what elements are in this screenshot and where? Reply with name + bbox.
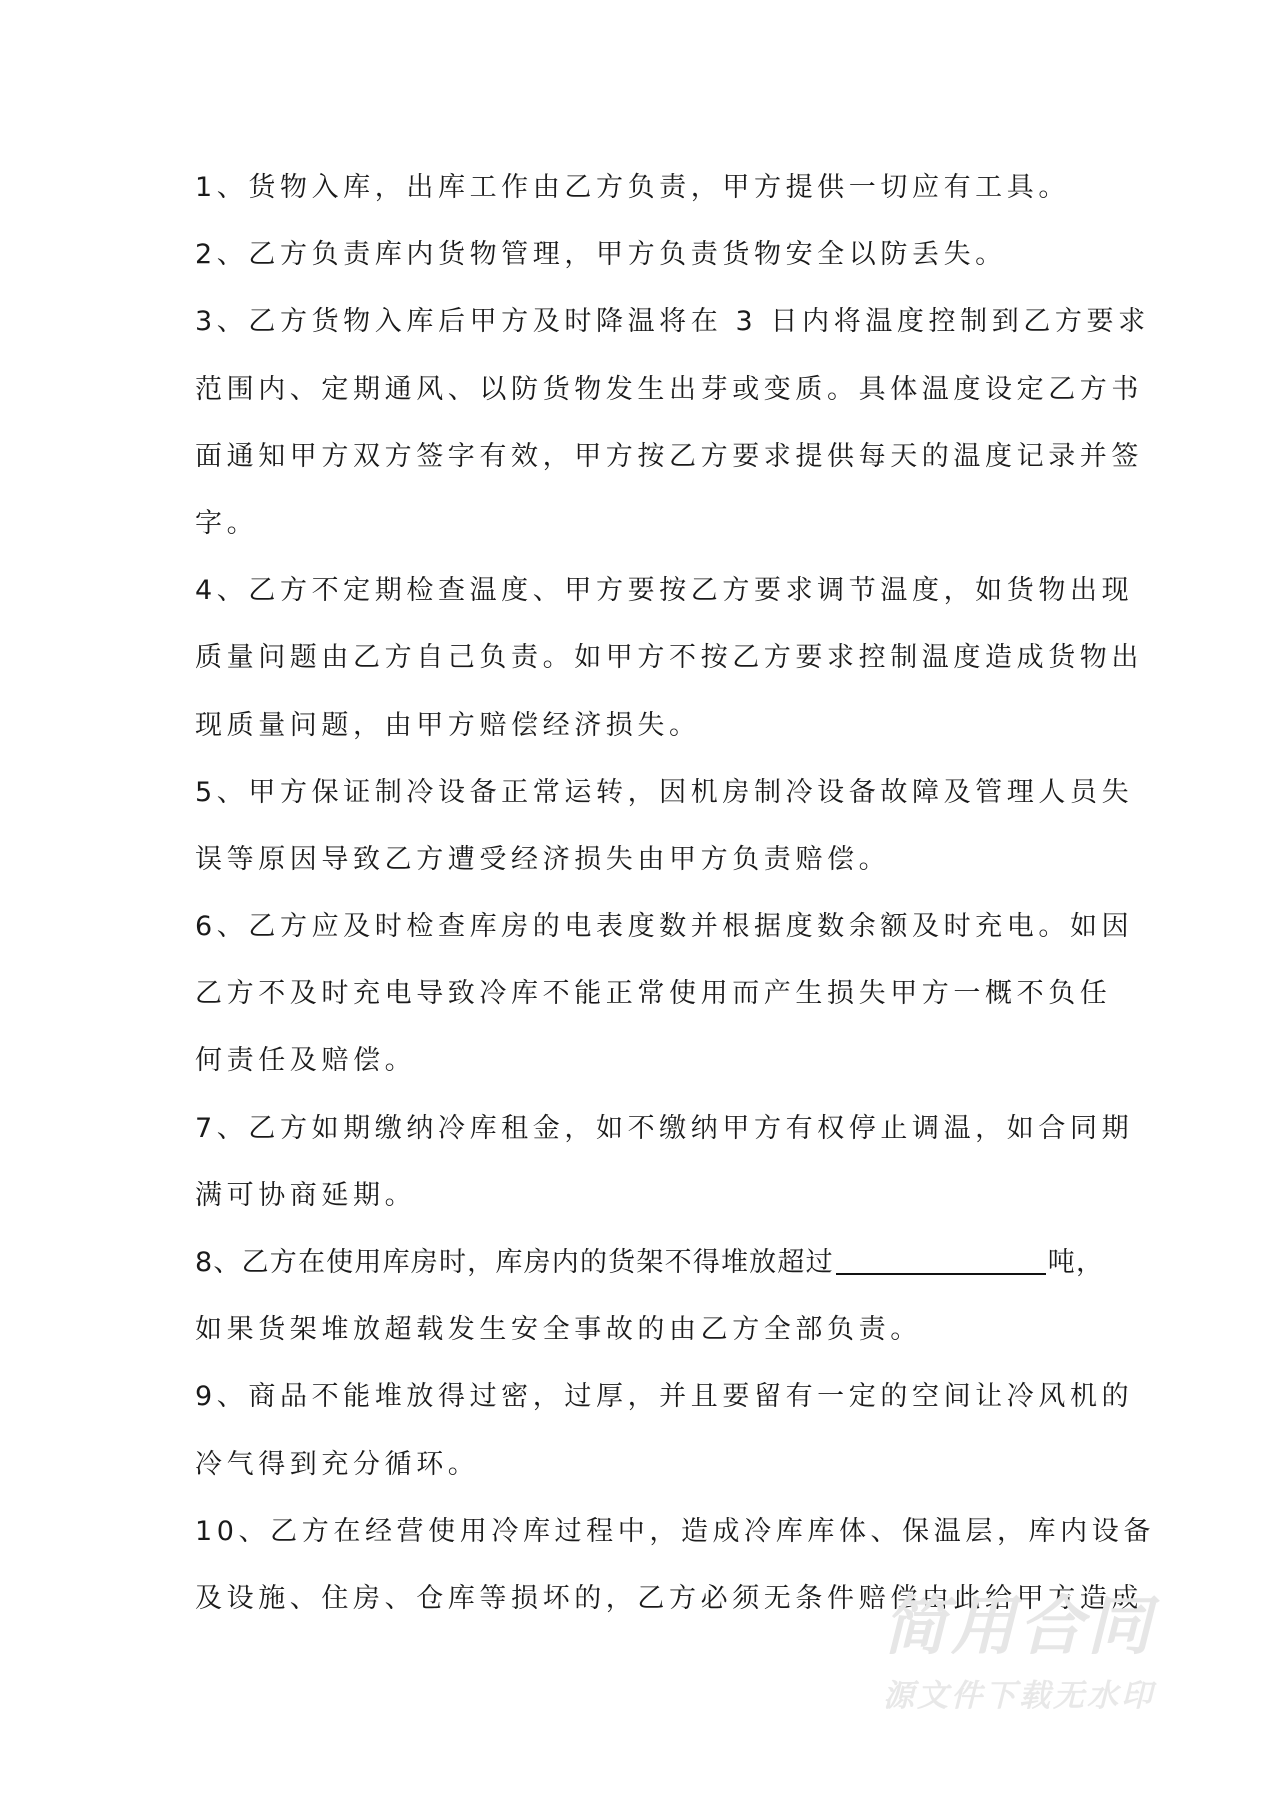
- text-line: 10、乙方在经营使用冷库过程中，造成冷库库体、保温层，库内设备: [195, 1511, 1095, 1578]
- text-line: 质量问题由乙方自己负责。如甲方不按乙方要求控制温度造成货物出: [195, 637, 1095, 704]
- text-line: 面通知甲方双方签字有效，甲方按乙方要求提供每天的温度记录并签: [195, 436, 1095, 503]
- tonnage-blank-field[interactable]: [836, 1245, 1046, 1275]
- text-line: 范围内、定期通风、以防货物发生出芽或变质。具体温度设定乙方书: [195, 369, 1095, 436]
- text-line: 误等原因导致乙方遭受经济损失由甲方负责赔偿。: [195, 839, 1095, 906]
- text-line: 2、乙方负责库内货物管理，甲方负责货物安全以防丢失。: [195, 234, 1095, 301]
- text-line: 1、货物入库，出库工作由乙方负责，甲方提供一切应有工具。: [195, 167, 1095, 234]
- text-line: 6、乙方应及时检查库房的电表度数并根据度数余额及时充电。如因: [195, 906, 1095, 973]
- contract-body: 1、货物入库，出库工作由乙方负责，甲方提供一切应有工具。 2、乙方负责库内货物管…: [195, 167, 1095, 1645]
- clause-8-line: 8、乙方在使用库房时，库房内的货架不得堆放超过吨，: [195, 1242, 1095, 1309]
- text-line: 3、乙方货物入库后甲方及时降温将在 3 日内将温度控制到乙方要求: [195, 301, 1095, 368]
- document-page: 1、货物入库，出库工作由乙方负责，甲方提供一切应有工具。 2、乙方负责库内货物管…: [0, 0, 1280, 1810]
- text-line: 现质量问题，由甲方赔偿经济损失。: [195, 705, 1095, 772]
- text-line: 冷气得到充分循环。: [195, 1444, 1095, 1511]
- text-line: 何责任及赔偿。: [195, 1040, 1095, 1107]
- text-line: 4、乙方不定期检查温度、甲方要按乙方要求调节温度，如货物出现: [195, 570, 1095, 637]
- clause-8-unit: 吨，: [1048, 1247, 1104, 1278]
- clause-8-text: 8、乙方在使用库房时，库房内的货架不得堆放超过: [195, 1247, 834, 1278]
- text-line: 9、商品不能堆放得过密，过厚，并且要留有一定的空间让冷风机的: [195, 1376, 1095, 1443]
- text-line: 满可协商延期。: [195, 1175, 1095, 1242]
- text-line: 及设施、住房、仓库等损坏的，乙方必须无条件赔偿由此给甲方造成: [195, 1578, 1095, 1645]
- text-line: 5、甲方保证制冷设备正常运转，因机房制冷设备故障及管理人员失: [195, 772, 1095, 839]
- text-line: 如果货架堆放超载发生安全事故的由乙方全部负责。: [195, 1309, 1095, 1376]
- text-line: 7、乙方如期缴纳冷库租金，如不缴纳甲方有权停止调温，如合同期: [195, 1108, 1095, 1175]
- watermark-subtitle: 源文件下载无水印: [883, 1676, 1213, 1716]
- text-line: 乙方不及时充电导致冷库不能正常使用而产生损失甲方一概不负任: [195, 973, 1095, 1040]
- text-line: 字。: [195, 503, 1095, 570]
